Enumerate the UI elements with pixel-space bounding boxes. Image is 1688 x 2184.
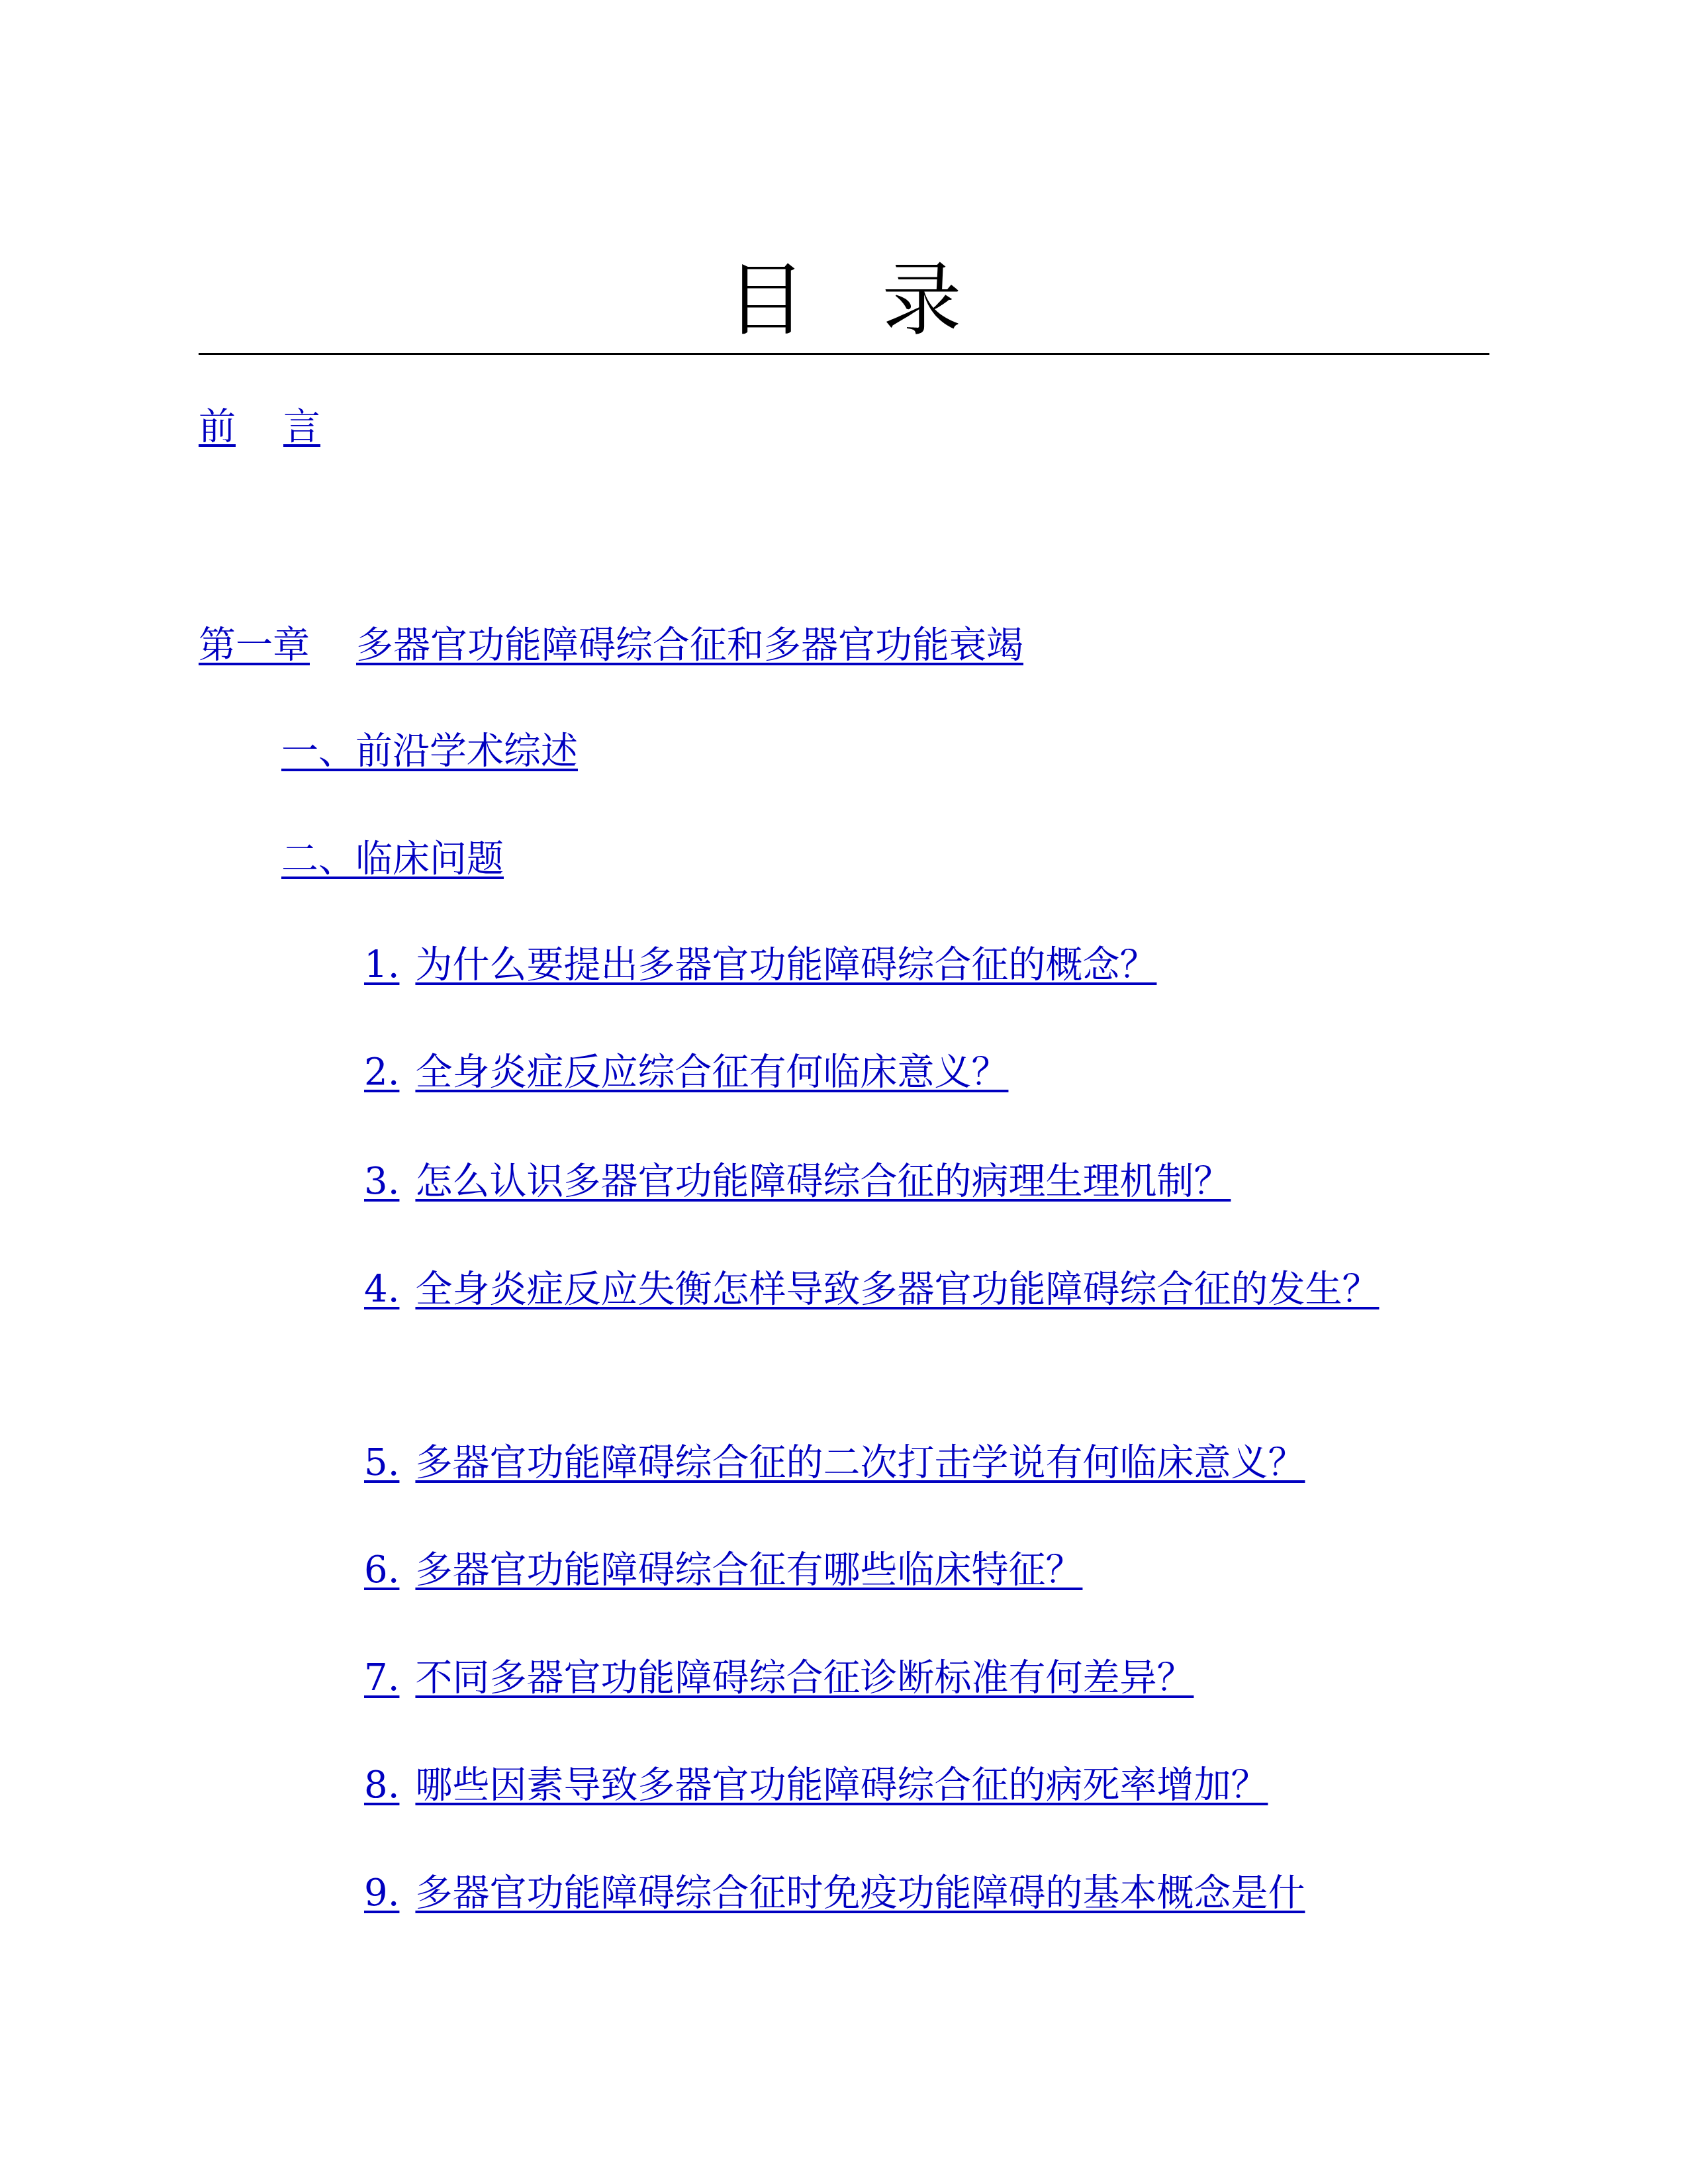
question-number: 2. <box>364 1051 399 1094</box>
question-text: 怎么认识多器官功能障碍综合征的病理生理机制？ <box>415 1160 1231 1203</box>
toc-link-section-2[interactable]: 二、临床问题 <box>281 833 504 886</box>
question-number: 4. <box>364 1268 399 1311</box>
chapter-1-title: 多器官功能障碍综合征和多器官功能衰竭 <box>356 624 1023 667</box>
toc-link-question-5[interactable]: 5. 多器官功能障碍综合征的二次打击学说有何临床意义？ <box>364 1437 1305 1490</box>
chapter-1-label: 第一章 <box>199 624 310 667</box>
question-number: 8. <box>364 1764 399 1807</box>
question-text: 哪些因素导致多器官功能障碍综合征的病死率增加？ <box>415 1764 1268 1807</box>
toc-link-question-3[interactable]: 3. 怎么认识多器官功能障碍综合征的病理生理机制？ <box>364 1155 1231 1208</box>
preface-char-2: 言 <box>283 405 320 448</box>
toc-link-question-8[interactable]: 8. 哪些因素导致多器官功能障碍综合征的病死率增加？ <box>364 1759 1268 1812</box>
question-number: 6. <box>364 1548 399 1591</box>
question-number: 7. <box>364 1656 399 1699</box>
toc-link-question-9[interactable]: 9. 多器官功能障碍综合征时免疫功能障碍的基本概念是什 <box>364 1867 1305 1920</box>
page-title: 目录 <box>0 255 1688 348</box>
toc-link-question-1[interactable]: 1. 为什么要提出多器官功能障碍综合征的概念？ <box>364 939 1156 992</box>
question-number: 1. <box>364 943 399 986</box>
title-divider <box>199 353 1489 355</box>
question-text: 不同多器官功能障碍综合征诊断标准有何差异？ <box>415 1656 1194 1699</box>
question-text: 多器官功能障碍综合征有哪些临床特征？ <box>415 1548 1082 1591</box>
toc-link-question-6[interactable]: 6. 多器官功能障碍综合征有哪些临床特征？ <box>364 1544 1082 1597</box>
question-text: 多器官功能障碍综合征的二次打击学说有何临床意义？ <box>415 1441 1305 1484</box>
toc-link-chapter-1[interactable]: 第一章 多器官功能障碍综合征和多器官功能衰竭 <box>199 619 1023 672</box>
preface-char-1: 前 <box>199 405 236 448</box>
question-text: 全身炎症反应综合征有何临床意义？ <box>415 1051 1008 1094</box>
question-number: 5. <box>364 1441 399 1484</box>
question-text: 全身炎症反应失衡怎样导致多器官功能障碍综合征的发生？ <box>415 1268 1379 1311</box>
toc-link-preface[interactable]: 前 言 <box>199 401 320 453</box>
question-text: 为什么要提出多器官功能障碍综合征的概念？ <box>415 943 1156 986</box>
toc-link-question-4[interactable]: 4. 全身炎症反应失衡怎样导致多器官功能障碍综合征的发生？ <box>364 1257 1423 1323</box>
question-number: 9. <box>364 1872 399 1915</box>
page-title-char-1: 目 <box>727 255 806 347</box>
toc-link-question-2[interactable]: 2. 全身炎症反应综合征有何临床意义？ <box>364 1046 1008 1099</box>
toc-link-question-7[interactable]: 7. 不同多器官功能障碍综合征诊断标准有何差异？ <box>364 1652 1194 1705</box>
question-text: 多器官功能障碍综合征时免疫功能障碍的基本概念是什 <box>415 1872 1305 1915</box>
question-number: 3. <box>364 1160 399 1203</box>
page-title-char-2: 录 <box>882 255 962 347</box>
toc-link-section-1[interactable]: 一、前沿学术综述 <box>281 725 578 778</box>
